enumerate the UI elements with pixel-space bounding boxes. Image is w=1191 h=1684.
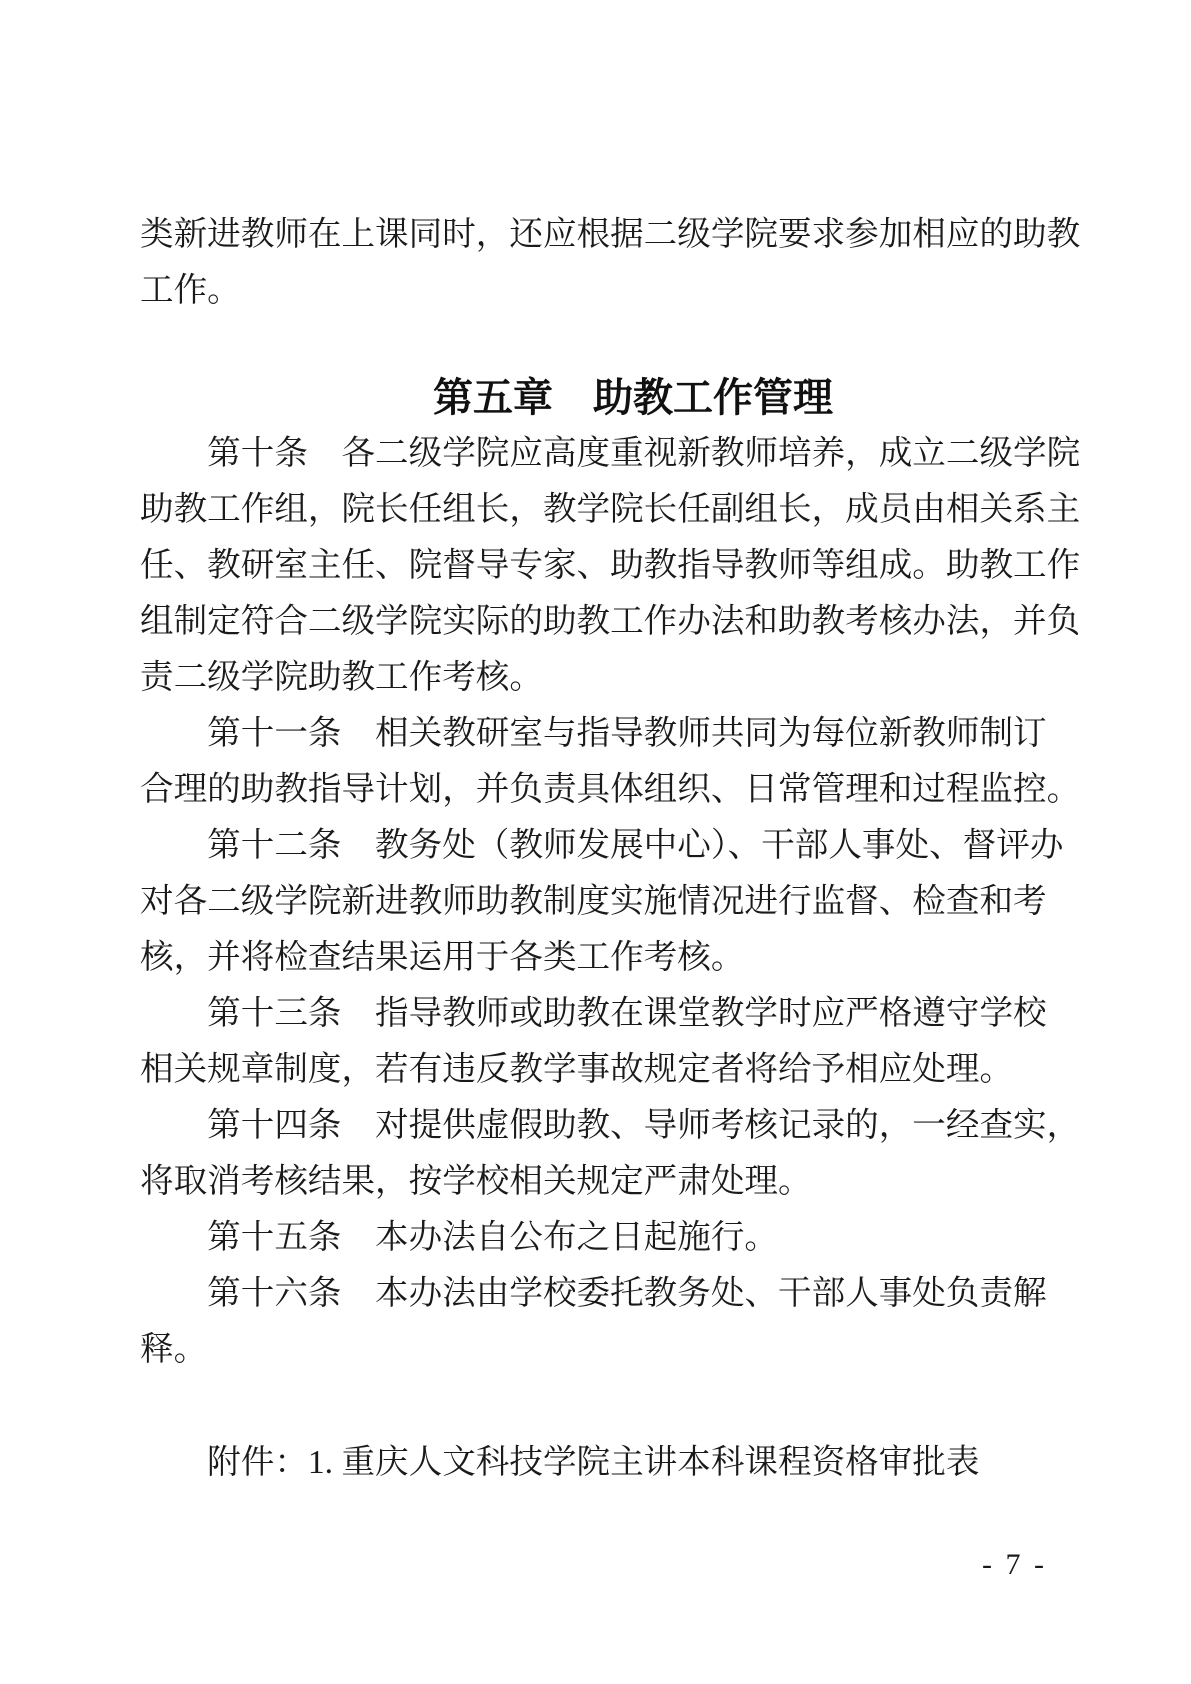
- text-line: 工作。: [140, 263, 1088, 319]
- text-line: 类新进教师在上课同时，还应根据二级学院要求参加相应的助教: [140, 207, 1088, 263]
- text-line: 合理的助教指导计划，并负责具体组织、日常管理和过程监控。: [140, 762, 1088, 818]
- text-line: 助教工作组，院长任组长，教学院长任副组长，成员由相关系主: [140, 482, 1088, 538]
- paragraph-article-13: 第十三条 指导教师或助教在课堂教学时应严格遵守学校 相关规章制度，若有违反教学事…: [140, 986, 1088, 1098]
- paragraph-article-10: 第十条 各二级学院应高度重视新教师培养，成立二级学院 助教工作组，院长任组长，教…: [140, 426, 1088, 706]
- document-page: 类新进教师在上课同时，还应根据二级学院要求参加相应的助教 工作。 第五章 助教工…: [0, 0, 1191, 1684]
- text-line: 相关规章制度，若有违反教学事故规定者将给予相应处理。: [140, 1042, 1088, 1098]
- text-line: 释。: [140, 1322, 1088, 1378]
- text-line: 责二级学院助教工作考核。: [140, 650, 1088, 706]
- paragraph-continuation: 类新进教师在上课同时，还应根据二级学院要求参加相应的助教 工作。: [140, 207, 1088, 319]
- paragraph-article-14: 第十四条 对提供虚假助教、导师考核记录的，一经查实， 将取消考核结果，按学校相关…: [140, 1098, 1088, 1210]
- text-line: 组制定符合二级学院实际的助教工作办法和助教考核办法，并负: [140, 594, 1088, 650]
- text-line: 第十六条 本办法由学校委托教务处、干部人事处负责解: [140, 1266, 1088, 1322]
- paragraph-article-15: 第十五条 本办法自公布之日起施行。: [140, 1210, 1088, 1266]
- chapter-heading: 第五章 助教工作管理: [140, 370, 1088, 426]
- attachment-line: 附件：1. 重庆人文科技学院主讲本科课程资格审批表: [140, 1435, 1088, 1491]
- paragraph-article-12: 第十二条 教务处（教师发展中心）、干部人事处、督评办 对各二级学院新进教师助教制…: [140, 818, 1088, 986]
- paragraph-article-11: 第十一条 相关教研室与指导教师共同为每位新教师制订 合理的助教指导计划，并负责具…: [140, 706, 1088, 818]
- text-line: 核，并将检查结果运用于各类工作考核。: [140, 930, 1088, 986]
- text-line: 第十一条 相关教研室与指导教师共同为每位新教师制订: [140, 706, 1088, 762]
- page-number: - 7 -: [982, 1546, 1047, 1584]
- text-line: 任、教研室主任、院督导专家、助教指导教师等组成。助教工作: [140, 538, 1088, 594]
- text-line: 将取消考核结果，按学校相关规定严肃处理。: [140, 1154, 1088, 1210]
- text-line: 第十四条 对提供虚假助教、导师考核记录的，一经查实，: [140, 1098, 1088, 1154]
- text-line: 第十五条 本办法自公布之日起施行。: [140, 1210, 1088, 1266]
- document-body: 类新进教师在上课同时，还应根据二级学院要求参加相应的助教 工作。 第五章 助教工…: [140, 207, 1088, 1491]
- attachment-section: 附件：1. 重庆人文科技学院主讲本科课程资格审批表: [140, 1435, 1088, 1491]
- text-line: 第十条 各二级学院应高度重视新教师培养，成立二级学院: [140, 426, 1088, 482]
- paragraph-article-16: 第十六条 本办法由学校委托教务处、干部人事处负责解 释。: [140, 1266, 1088, 1378]
- text-line: 第十三条 指导教师或助教在课堂教学时应严格遵守学校: [140, 986, 1088, 1042]
- text-line: 第十二条 教务处（教师发展中心）、干部人事处、督评办: [140, 818, 1088, 874]
- text-line: 对各二级学院新进教师助教制度实施情况进行监督、检查和考: [140, 874, 1088, 930]
